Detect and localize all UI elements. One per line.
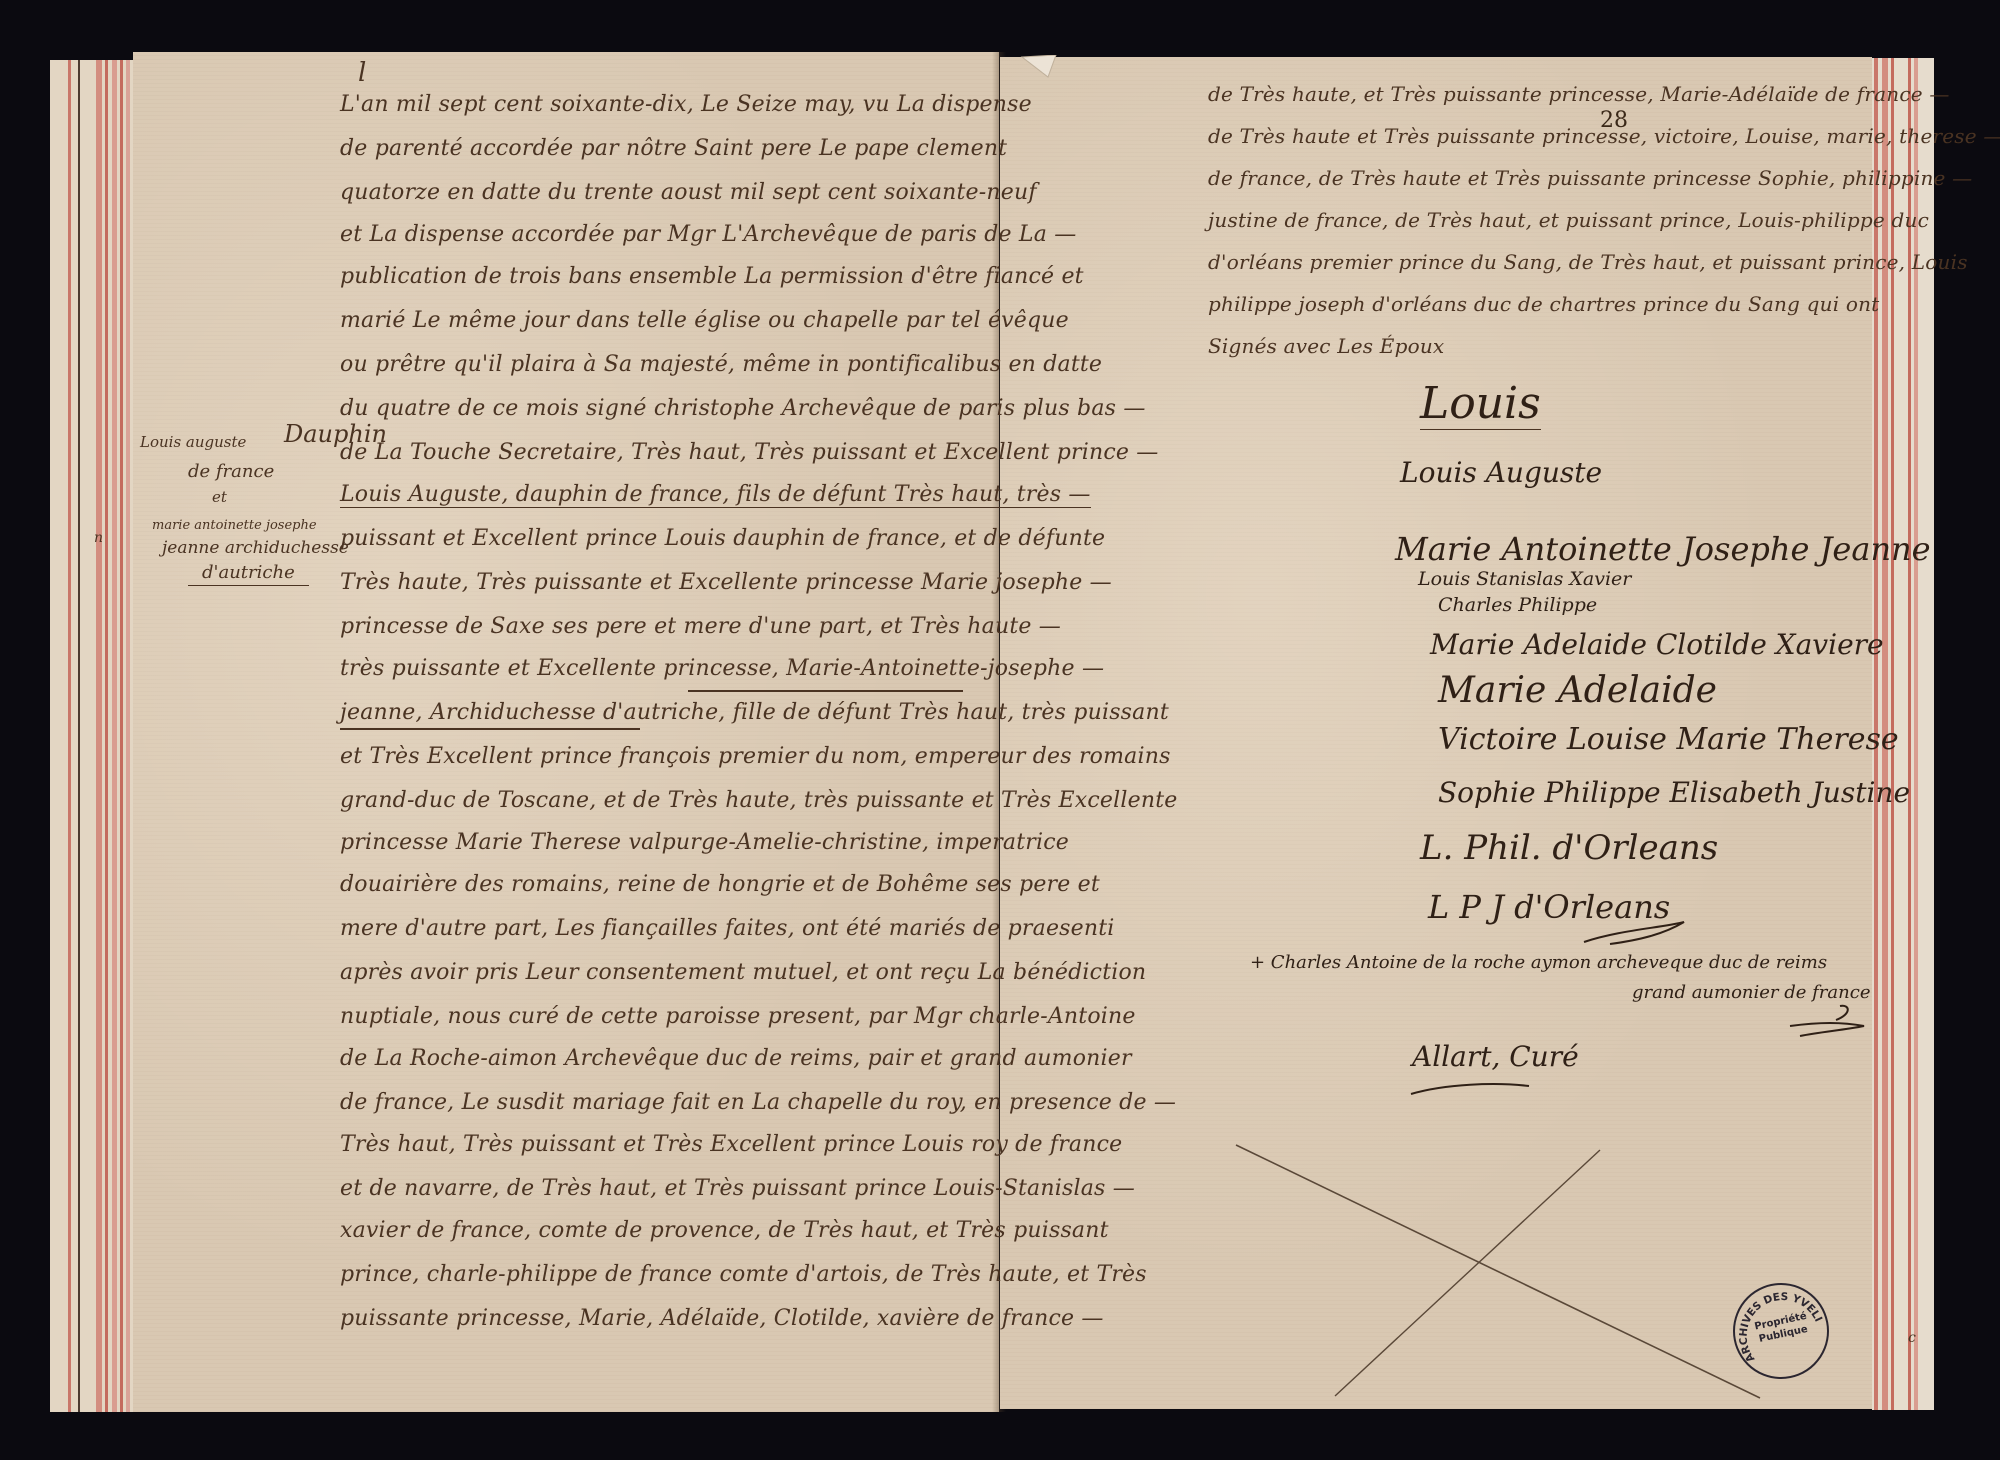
margin-note-line2: de france bbox=[188, 461, 274, 482]
text-line: très puissante et Excellente princesse, … bbox=[340, 656, 1104, 681]
torn-corner-fragment bbox=[1020, 55, 1060, 85]
text-line: philippe joseph d'orléans duc de chartre… bbox=[1208, 292, 1879, 316]
text-line: mere d'autre part, Les fiançailles faite… bbox=[340, 916, 1115, 941]
text-line: justine de france, de Très haut, et puis… bbox=[1208, 208, 1929, 232]
signature-archbishop: + Charles Antoine de la roche aymon arch… bbox=[1250, 952, 1827, 973]
archives-stamp: ARCHIVES DES YVELINES Propriété Publique bbox=[1733, 1283, 1829, 1379]
bride-name-underline-2 bbox=[340, 728, 640, 730]
text-line: douairière des romains, reine de hongrie… bbox=[340, 872, 1100, 897]
text-line: de france, de Très haute et Très puissan… bbox=[1208, 166, 1972, 190]
signature-marie-antoinette: Marie Antoinette Josephe Jeanne bbox=[1395, 530, 1931, 568]
signature-sophie: Sophie Philippe Elisabeth Justine bbox=[1438, 776, 1910, 809]
text-line: Très haute, Très puissante et Excellente… bbox=[340, 570, 1112, 595]
left-page bbox=[133, 52, 999, 1412]
signature-marie-adelaide: Marie Adelaide bbox=[1438, 670, 1717, 711]
signature-louis-auguste: Louis Auguste bbox=[1400, 456, 1602, 489]
archbishop-flourish bbox=[1780, 1000, 1870, 1040]
margin-note-line4: marie antoinette josephe bbox=[152, 518, 317, 533]
text-line: L'an mil sept cent soixante-dix, Le Seiz… bbox=[340, 92, 1032, 117]
signature-louis-philippe-orleans: L. Phil. d'Orleans bbox=[1420, 828, 1718, 868]
text-line-bride: jeanne, Archiduchesse d'autriche, fille … bbox=[340, 700, 1169, 725]
text-line: et Très Excellent prince françois premie… bbox=[340, 744, 1171, 769]
left-edge-mark: n bbox=[94, 530, 103, 546]
folio-number: 28 bbox=[1600, 108, 1628, 133]
text-line: de La Touche Secretaire, Très haut, Très… bbox=[340, 440, 1159, 465]
text-line: grand-duc de Toscane, et de Très haute, … bbox=[340, 788, 1177, 813]
margin-note-line1: Louis auguste bbox=[140, 433, 246, 451]
margin-note-line6: d'autriche bbox=[188, 562, 309, 586]
text-line: quatorze en datte du trente aoust mil se… bbox=[340, 180, 1037, 205]
text-line: puissante princesse, Marie, Adélaïde, Cl… bbox=[340, 1306, 1104, 1331]
text-line: publication de trois bans ensemble La pe… bbox=[340, 264, 1084, 289]
text-line: princesse Marie Therese valpurge-Amelie-… bbox=[340, 830, 1069, 855]
signature-victoire: Victoire Louise Marie Therese bbox=[1438, 722, 1899, 757]
signature-charles-philippe: Charles Philippe bbox=[1438, 594, 1597, 616]
left-book-edge bbox=[50, 60, 134, 1412]
text-line: de La Roche-aimon Archevêque duc de reim… bbox=[340, 1046, 1132, 1071]
text-line: princesse de Saxe ses pere et mere d'une… bbox=[340, 614, 1061, 639]
margin-note-line3: et bbox=[212, 488, 227, 506]
text-line: puissant et Excellent prince Louis dauph… bbox=[340, 526, 1105, 551]
signature-louis-xv: Louis bbox=[1420, 378, 1541, 430]
header-mark: l bbox=[358, 58, 366, 88]
signature-cure: Allart, Curé bbox=[1412, 1040, 1579, 1073]
text-line: marié Le même jour dans telle église ou … bbox=[340, 308, 1069, 333]
signature-marie-adelaide-clotilde: Marie Adelaide Clotilde Xaviere bbox=[1430, 628, 1884, 661]
text-line: ou prêtre qu'il plaira à Sa majesté, mêm… bbox=[340, 352, 1102, 377]
text-line: du quatre de ce mois signé christophe Ar… bbox=[340, 396, 1146, 421]
text-line: xavier de france, comte de provence, de … bbox=[340, 1218, 1109, 1243]
orleans-flourish bbox=[1580, 918, 1690, 948]
text-line-groom: Louis Auguste, dauphin de france, fils d… bbox=[340, 482, 1091, 508]
text-line: Signés avec Les Époux bbox=[1208, 334, 1444, 358]
text-line: de Très haute, et Très puissante princes… bbox=[1208, 82, 1950, 106]
right-edge-mark: c bbox=[1908, 1330, 1916, 1346]
margin-note-line5: jeanne archiduchesse bbox=[162, 538, 349, 558]
text-line: nuptiale, nous curé de cette paroisse pr… bbox=[340, 1004, 1136, 1029]
text-line: après avoir pris Leur consentement mutue… bbox=[340, 960, 1146, 985]
bride-name-underline bbox=[688, 690, 963, 692]
text-line: de parenté accordée par nôtre Saint pere… bbox=[340, 136, 1007, 161]
signature-louis-stanislas: Louis Stanislas Xavier bbox=[1418, 568, 1631, 590]
text-line: d'orléans premier prince du Sang, de Trè… bbox=[1208, 250, 1968, 274]
text-line: et La dispense accordée par Mgr L'Archev… bbox=[340, 222, 1076, 247]
